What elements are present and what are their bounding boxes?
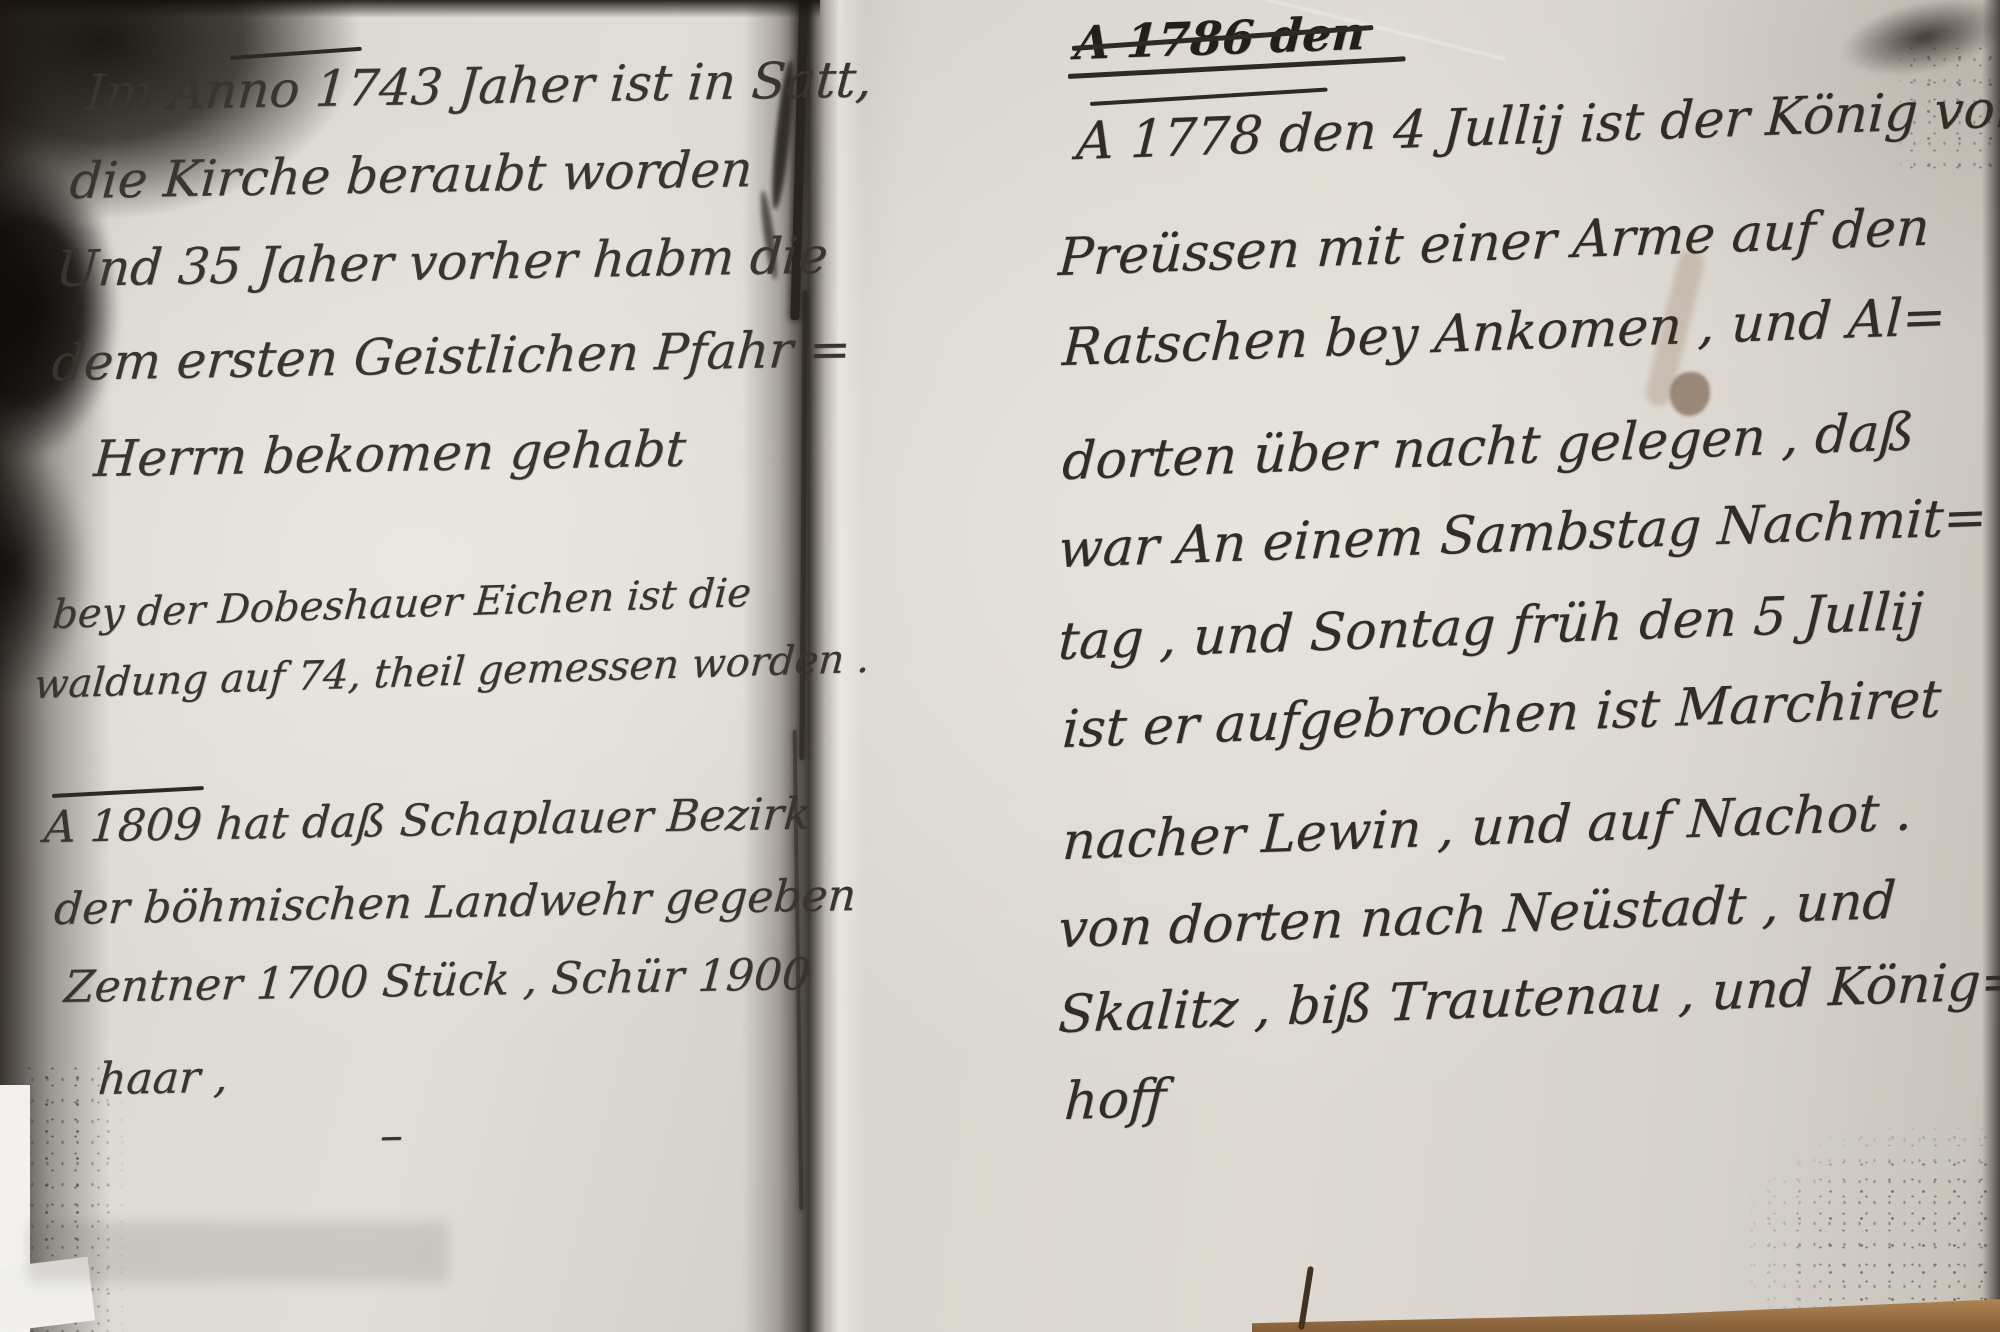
- manuscript-line: haar ,: [96, 1052, 229, 1105]
- bottom-left-shading: [28, 1222, 448, 1282]
- manuscript-line: Herrn bekomen gehabt: [92, 420, 688, 488]
- manuscript-dash: –: [378, 1108, 405, 1162]
- manuscript-line: hoff: [1063, 1068, 1168, 1132]
- worn-corner-speckle: [1740, 1120, 1990, 1332]
- photograph-open-book: Im Anno 1743 Jaher ist in Satt, die Kirc…: [0, 0, 2000, 1332]
- manuscript-line: die Kirche beraubt worden: [68, 140, 754, 210]
